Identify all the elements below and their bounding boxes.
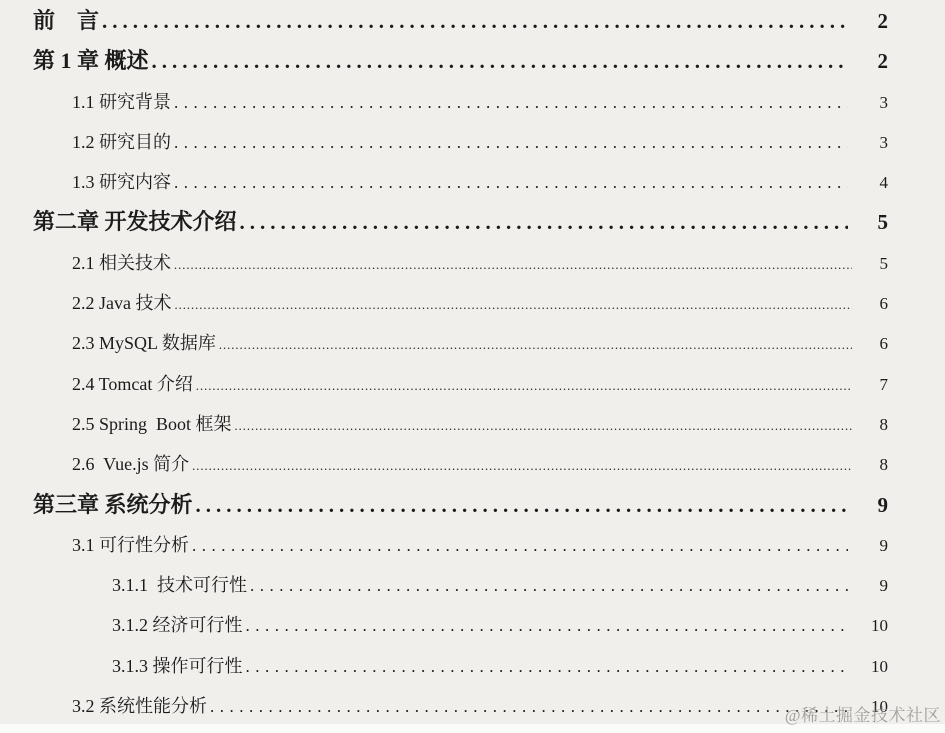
toc-page: 前 言 ....................................… bbox=[0, 0, 945, 733]
toc-entry-1-3[interactable]: 1.3 研究内容 ...............................… bbox=[0, 162, 888, 202]
dot-leader: ........................................… bbox=[102, 1, 848, 41]
toc-entry-2-1[interactable]: 2.1 相关技术 ...............................… bbox=[0, 243, 888, 283]
toc-entry-title: 第 1 章 概述 bbox=[33, 41, 149, 81]
toc-entry-chapter3[interactable]: 第三章 系统分析 ...............................… bbox=[0, 485, 888, 525]
toc-entry-title: 3.1.3 操作可行性 bbox=[112, 646, 243, 686]
dot-leader: ........................................… bbox=[196, 366, 852, 406]
toc-entry-title: 第三章 系统分析 bbox=[33, 485, 193, 525]
toc-entry-page: 10 bbox=[855, 606, 888, 646]
toc-entry-2-2[interactable]: 2.2 Java 技术 ............................… bbox=[0, 283, 888, 323]
toc-entry-page: 10 bbox=[855, 647, 888, 687]
toc-entry-page: 8 bbox=[855, 405, 888, 445]
watermark: @稀土掘金技术社区 bbox=[785, 707, 941, 724]
toc-entry-preface[interactable]: 前 言 ....................................… bbox=[0, 1, 888, 41]
toc-entry-2-5[interactable]: 2.5 Spring Boot 框架 .....................… bbox=[0, 404, 888, 444]
dot-leader: ........................................… bbox=[210, 687, 848, 727]
toc-entry-page: 2 bbox=[855, 41, 888, 81]
toc-entry-chapter1[interactable]: 第 1 章 概述 ...............................… bbox=[0, 41, 888, 81]
toc-entry-page: 8 bbox=[855, 445, 888, 485]
toc-entry-title: 1.2 研究目的 bbox=[72, 122, 171, 162]
toc-entry-title: 3.1.1 技术可行性 bbox=[112, 565, 247, 605]
toc-entry-title: 2.2 Java 技术 bbox=[72, 283, 171, 323]
toc-entry-page: 5 bbox=[855, 202, 888, 242]
dot-leader: ........................................… bbox=[246, 606, 849, 646]
dot-leader: ........................................… bbox=[174, 163, 848, 203]
toc-entry-title: 1.1 研究背景 bbox=[72, 82, 171, 122]
toc-entry-title: 第二章 开发技术介绍 bbox=[33, 202, 237, 242]
toc-entry-page: 3 bbox=[855, 123, 888, 163]
toc-entry-title: 2.4 Tomcat 介绍 bbox=[72, 364, 193, 404]
dot-leader: ........................................… bbox=[235, 406, 852, 446]
dot-leader: ........................................… bbox=[246, 647, 849, 687]
dot-leader: ........................................… bbox=[192, 446, 852, 486]
toc-entry-title: 前 言 bbox=[33, 1, 99, 41]
toc-entry-title: 2.1 相关技术 bbox=[72, 243, 171, 283]
toc-entry-title: 1.3 研究内容 bbox=[72, 162, 171, 202]
toc-entry-page: 2 bbox=[855, 1, 888, 41]
dot-leader: ........................................… bbox=[152, 41, 848, 81]
toc-entry-1-2[interactable]: 1.2 研究目的 ...............................… bbox=[0, 122, 888, 162]
toc-entry-title: 3.1 可行性分析 bbox=[72, 525, 189, 565]
dot-leader: ........................................… bbox=[174, 285, 852, 325]
toc-entry-title: 2.3 MySQL 数据库 bbox=[72, 323, 216, 363]
toc-entry-page: 3 bbox=[855, 83, 888, 123]
toc-entry-page: 5 bbox=[855, 244, 888, 284]
toc-entry-chapter2[interactable]: 第二章 开发技术介绍 .............................… bbox=[0, 202, 888, 242]
toc-entry-page: 9 bbox=[855, 485, 888, 525]
dot-leader: ........................................… bbox=[174, 123, 848, 163]
toc-entry-2-4[interactable]: 2.4 Tomcat 介绍 ..........................… bbox=[0, 364, 888, 404]
dot-leader: ........................................… bbox=[219, 325, 852, 365]
toc-entry-title: 2.6 Vue.js 简介 bbox=[72, 444, 189, 484]
toc-entry-title: 3.2 系统性能分析 bbox=[72, 686, 207, 726]
toc-entry-page: 6 bbox=[855, 284, 888, 324]
dot-leader: ........................................… bbox=[174, 245, 852, 285]
toc-entry-3-1[interactable]: 3.1 可行性分析 ..............................… bbox=[0, 525, 888, 565]
dot-leader: ........................................… bbox=[174, 83, 848, 123]
toc-entry-3-1-3[interactable]: 3.1.3 操作可行性 ............................… bbox=[0, 646, 888, 686]
toc-entry-page: 6 bbox=[855, 324, 888, 364]
toc-entry-page: 4 bbox=[855, 163, 888, 203]
toc-entry-page: 7 bbox=[855, 365, 888, 405]
toc-entry-1-1[interactable]: 1.1 研究背景 ...............................… bbox=[0, 82, 888, 122]
toc-entry-3-1-1[interactable]: 3.1.1 技术可行性 ............................… bbox=[0, 565, 888, 605]
toc-entry-title: 3.1.2 经济可行性 bbox=[112, 605, 243, 645]
toc-entry-2-3[interactable]: 2.3 MySQL 数据库 ..........................… bbox=[0, 323, 888, 363]
bottom-edge-strip bbox=[0, 724, 945, 733]
toc-entry-2-6[interactable]: 2.6 Vue.js 简介 ..........................… bbox=[0, 444, 888, 484]
toc-entry-page: 9 bbox=[855, 526, 888, 566]
toc-entry-page: 9 bbox=[855, 566, 888, 606]
dot-leader: ........................................… bbox=[250, 566, 848, 606]
dot-leader: ........................................… bbox=[196, 485, 848, 525]
toc-entry-title: 2.5 Spring Boot 框架 bbox=[72, 404, 232, 444]
toc-entry-3-2[interactable]: 3.2 系统性能分析 .............................… bbox=[0, 686, 888, 726]
dot-leader: ........................................… bbox=[240, 202, 848, 242]
toc-entry-3-1-2[interactable]: 3.1.2 经济可行性 ............................… bbox=[0, 605, 888, 645]
dot-leader: ........................................… bbox=[192, 526, 848, 566]
